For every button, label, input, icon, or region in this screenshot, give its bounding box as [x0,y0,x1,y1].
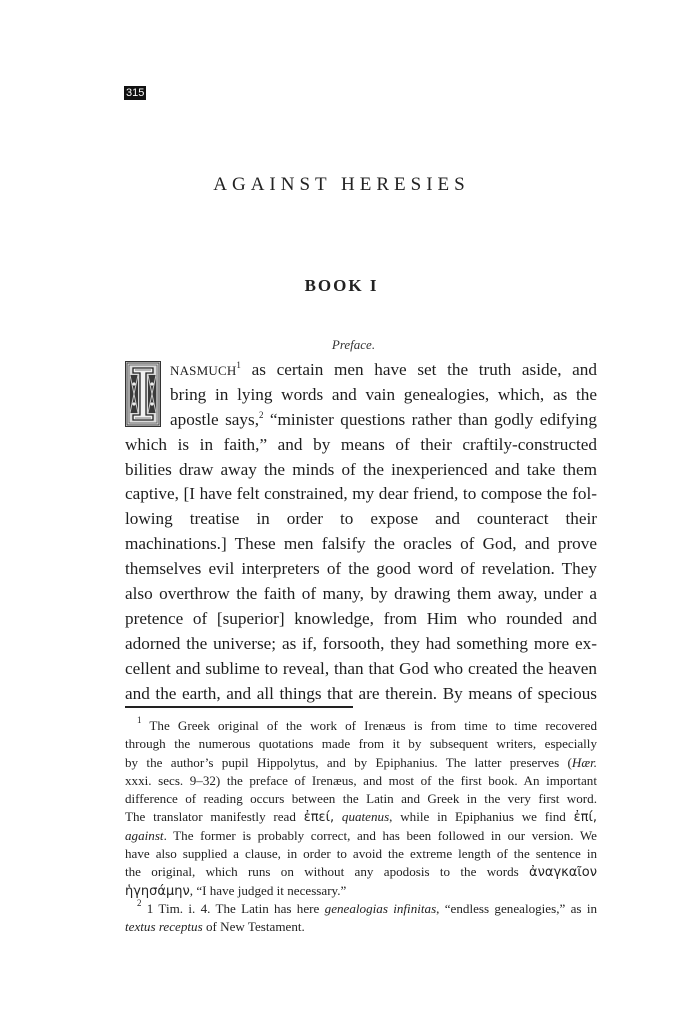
body-line: pretence of [superior] knowledge, from H… [125,607,597,632]
body-line: machinations.] These men falsify the ora… [125,532,597,557]
footnote-line: have also supplied a clause, in order to… [125,845,597,863]
footnote-line: textus receptus of New Testament. [125,918,597,936]
footnote-line: xxxi. secs. 9–32) the preface of Irenæus… [125,772,597,790]
footnote-1: 1 The Greek original of the work of Iren… [125,717,597,900]
footnote-line: through the numerous quotations made fro… [125,735,597,753]
footnote-line: against. The former is probably correct,… [125,827,597,845]
page-number: 315 [124,86,146,100]
body-line: and the earth, and all things that are t… [125,682,597,707]
section-heading-preface: Preface. [0,337,683,353]
body-line: apostle says,2 “minister questions rathe… [125,408,597,433]
footnote-line: 2 1 Tim. i. 4. The Latin has here geneal… [125,900,597,918]
footnotes: 1 The Greek original of the work of Iren… [125,717,597,937]
body-line: bring in lying words and vain genealogie… [125,383,597,408]
footnote-line: by the author’s pupil Hippolytus, and by… [125,754,597,772]
body-line: adorned the universe; as if, forsooth, t… [125,632,597,657]
footnote-line: 1 The Greek original of the work of Iren… [125,717,597,735]
footnote-2: 2 1 Tim. i. 4. The Latin has here geneal… [125,900,597,937]
body-line: also overthrow the faith of many, by dra… [125,582,597,607]
footnote-line: difference of reading occurs between the… [125,790,597,808]
work-title: AGAINST HERESIES [0,174,683,196]
body-text: NASMUCH1 as certain men have set the tru… [125,358,597,706]
footnote-line: the original, which runs on without any … [125,863,597,881]
footnote-line: The translator manifestly read ἐπεί, qua… [125,808,597,826]
footnote-marker-1: 1 [137,715,142,725]
body-line: lowing treatise in order to expose and c… [125,507,597,532]
body-line: bilities draw away the minds of the inex… [125,458,597,483]
footnote-separator [125,706,353,708]
footnote-line: ἡγησάμην, “I have judged it necessary.” [125,882,597,900]
body-line: NASMUCH1 as certain men have set the tru… [125,358,597,383]
body-line: themselves evil interpreters of the good… [125,557,597,582]
body-line: which is in faith,” and by means of thei… [125,433,597,458]
body-line: captive, [I have felt constrained, my de… [125,482,597,507]
body-line: cellent and sublime to reveal, than that… [125,657,597,682]
book-heading: BOOK I [0,276,683,296]
